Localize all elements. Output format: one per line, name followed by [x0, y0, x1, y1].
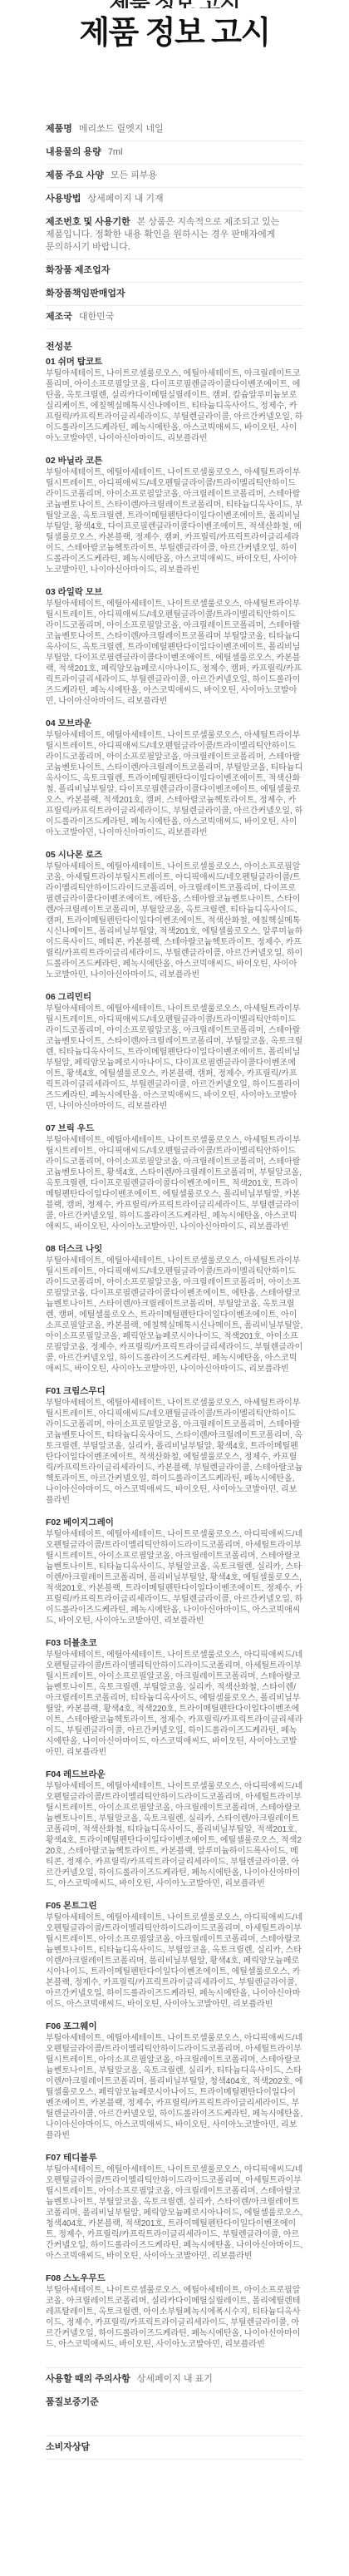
ingredient-color-section: 06 그리민티 부틸아세테이트, 에틸아세테이트, 나이트로셀룰로오스, 아세틸… [46, 991, 303, 1112]
info-label: 제품 주요 사양 [46, 170, 104, 180]
ingredient-color-section: 07 브릭 우드 부틸아세테이트, 에틸아세테이트, 나이트로셀룰로오스, 아세… [46, 1123, 303, 1232]
ingredient-list: 부틸아세테이트, 나이트로셀룰로오스, 에틸아세테이트, 아이소프로필알코올, … [46, 2285, 303, 2350]
ingredient-color-section: F08 스노우무드 부틸아세테이트, 나이트로셀룰로오스, 에틸아세테이트, 아… [46, 2273, 303, 2350]
ingredient-list: 부틸아세테이트, 에틸아세테이트, 나이트로셀룰로오스, 아디픽애씨드/네오펜틸… [46, 1650, 303, 1758]
ingredient-color-section: 02 바닐라 코튼 부틸아세테이트, 에틸아세테이트, 나이트로셀룰로오스, 아… [46, 455, 303, 575]
ingredient-list: 부틸아세테이트, 에틸아세테이트, 나이트로셀룰로오스, 아세틸트라이부틸시트레… [46, 467, 303, 575]
info-value: 대한민국 [79, 312, 115, 322]
info-label: 사용할 때의 주의사항 [46, 2374, 130, 2384]
ingredient-color-section: F01 크림스무디 부틸아세테이트, 에틸아세테이트, 나이트로셀룰로오스, 아… [46, 1385, 303, 1506]
info-row-spec: 제품 주요 사양모든 피부용 [46, 165, 303, 188]
ingredient-color-section: F05 몬트그린 부틸아세테이트, 에틸아세테이트, 나이트로셀룰로오스, 아디… [46, 1900, 303, 2010]
ingredient-list: 부틸아세테이트, 에틸아세테이트, 나이트로셀룰로오스, 아디픽애씨드/네오펜틸… [46, 1529, 303, 1626]
info-row-consumer-contact: 소비자상담 [46, 2436, 303, 2460]
info-row-manufacturer: 화장품 제조업자 [46, 259, 303, 283]
info-label: 제조번호 및 사용기한 [46, 217, 130, 227]
color-name: 05 시나몬 로즈 [46, 849, 303, 861]
info-label: 내용물의 용량 [46, 147, 101, 157]
ingredient-color-section: 08 더스크 나잇 부틸아세테이트, 에틸아세테이트, 나이트로셀룰로오스, 아… [46, 1243, 303, 1374]
color-name: F07 테디블루 [46, 2152, 303, 2164]
ingredient-list: 부틸아세테이트, 에틸아세테이트, 나이트로셀룰로오스, 아세틸트라이부틸시트레… [46, 730, 303, 838]
ingredient-list: 부틸아세테이트, 에틸아세테이트, 나이트로셀룰로오스, 아디픽애씨드/네오펜틸… [46, 1781, 303, 1889]
color-name: F04 레드브라운 [46, 1769, 303, 1780]
footer-info-table: 사용할 때의 주의사항상세페이지 내 표기 품질보증기준 소비자상담 [46, 2368, 303, 2460]
color-name: 01 쉬머 탑코트 [46, 356, 303, 368]
info-value: 7ml [108, 147, 123, 157]
ingredients-heading: 전성분 [46, 339, 303, 353]
color-name: F08 스노우무드 [46, 2273, 303, 2284]
ingredient-list: 부틸아세테이트, 에틸아세테이트, 나이트로셀룰로오스, 아세틸트라이부틸시트레… [46, 1398, 303, 1506]
ingredient-list: 부틸아세테이트, 에틸아세테이트, 나이트로셀룰로오스, 아디픽애씨드/네오펜틸… [46, 1912, 303, 2010]
info-label: 화장품책임판매업자 [46, 289, 125, 299]
info-row-usage: 사용방법상세페이지 내 기재 [46, 188, 303, 211]
ingredient-color-section: F04 레드브라운 부틸아세테이트, 에틸아세테이트, 나이트로셀룰로오스, 아… [46, 1769, 303, 1889]
ingredient-color-section: F06 포그웨이 부틸아세테이트, 에틸아세테이트, 나이트로셀룰로오스, 아디… [46, 2021, 303, 2141]
info-label: 제조국 [46, 312, 72, 322]
info-row-lot-expiry: 제조번호 및 사용기한본 상품은 지속적으로 제조되고 있는 제품입니다. 정확… [46, 211, 303, 259]
info-label: 사용방법 [46, 194, 81, 204]
product-info-page: 제품 정보 고시 제품 정보 고시 제품명메리쏘드 릴엣지 네일 내용물의 용량… [0, 0, 349, 2576]
color-name: F05 몬트그린 [46, 1900, 303, 1912]
info-label: 화장품 제조업자 [46, 265, 110, 275]
info-value: 상세페이지 내 표기 [137, 2374, 213, 2384]
color-name: F01 크림스무디 [46, 1385, 303, 1397]
ingredients-section: 전성분 01 쉬머 탑코트 부틸아세테이트, 나이트로셀룰로오스, 에틸아세테이… [46, 329, 303, 2368]
info-value: 모든 피부용 [111, 170, 157, 180]
info-row-country: 제조국대한민국 [46, 306, 303, 329]
clipped-text-fragment: 제품 정보 고시 [0, 0, 349, 8]
color-name: 07 브릭 우드 [46, 1123, 303, 1134]
ingredient-color-section: 04 모브라운 부틸아세테이트, 에틸아세테이트, 나이트로셀룰로오스, 아세틸… [46, 718, 303, 838]
info-row-distributor: 화장품책임판매업자 [46, 283, 303, 306]
content-area: 제품명메리쏘드 릴엣지 네일 내용물의 용량7ml 제품 주요 사양모든 피부용… [46, 53, 303, 2576]
color-name: F06 포그웨이 [46, 2021, 303, 2032]
ingredient-color-section: 03 라일락 모브 부틸아세테이트, 에틸아세테이트, 나이트로셀룰로오스, 아… [46, 586, 303, 707]
color-name: F03 더블초코 [46, 1637, 303, 1649]
info-row-caution: 사용할 때의 주의사항상세페이지 내 표기 [46, 2368, 303, 2391]
ingredient-list: 부틸아세테이트, 에틸아세테이트, 나이트로셀룰로오스, 아디픽애씨드/네오펜틸… [46, 2033, 303, 2141]
color-name: 03 라일락 모브 [46, 586, 303, 598]
info-row-quality-guarantee: 품질보증기준 [46, 2391, 303, 2436]
ingredient-list: 부틸아세테이트, 에틸아세테이트, 나이트로셀룰로오스, 아이소프로필알코올, … [46, 861, 303, 980]
info-label: 제품명 [46, 124, 72, 134]
ingredient-list: 부틸아세테이트, 에틸아세테이트, 나이트로셀룰로오스, 아세틸트라이부틸시트레… [46, 1004, 303, 1112]
info-row-product-name: 제품명메리쏘드 릴엣지 네일 [46, 118, 303, 141]
ingredient-list: 부틸아세테이트, 에틸아세테이트, 나이트로셀룰로오스, 아세틸트라이부틸시트레… [46, 1256, 303, 1374]
color-name: 06 그리민티 [46, 991, 303, 1003]
bottom-whitespace [46, 2460, 303, 2576]
ingredient-list: 부틸아세테이트, 나이트로셀룰로오스, 에틸아세테이트, 아크릴레이트코폴리머,… [46, 368, 303, 444]
ingredient-list: 부틸아세테이트, 에틸아세테이트, 나이트로셀룰로오스, 아디픽애씨드/네오펜틸… [46, 2164, 303, 2262]
ingredient-color-section: 01 쉬머 탑코트 부틸아세테이트, 나이트로셀룰로오스, 에틸아세테이트, 아… [46, 356, 303, 444]
ingredient-list: 부틸아세테이트, 에틸아세테이트, 나이트로셀룰로오스, 아세틸트라이부틸시트레… [46, 599, 303, 707]
ingredient-color-section: F02 베이지그레이 부틸아세테이트, 에틸아세테이트, 나이트로셀룰로오스, … [46, 1517, 303, 1626]
color-name: 02 바닐라 코튼 [46, 455, 303, 466]
info-label: 품질보증기준 [46, 2397, 99, 2407]
ingredient-color-section: F07 테디블루 부틸아세테이트, 에틸아세테이트, 나이트로셀룰로오스, 아디… [46, 2152, 303, 2262]
color-name: F02 베이지그레이 [46, 1517, 303, 1528]
ingredient-color-section: 05 시나몬 로즈 부틸아세테이트, 에틸아세테이트, 나이트로셀룰로오스, 아… [46, 849, 303, 980]
page-title: 제품 정보 고시 [0, 13, 349, 53]
info-value: 메리쏘드 릴엣지 네일 [79, 124, 164, 134]
info-value: 상세페이지 내 기재 [88, 194, 164, 204]
product-info-table: 제품명메리쏘드 릴엣지 네일 내용물의 용량7ml 제품 주요 사양모든 피부용… [46, 118, 303, 329]
ingredient-list: 부틸아세테이트, 에틸아세테이트, 나이트로셀룰로오스, 아세틸트라이부틸시트레… [46, 1135, 303, 1232]
info-label: 소비자상담 [46, 2442, 90, 2452]
ingredient-color-section: F03 더블초코 부틸아세테이트, 에틸아세테이트, 나이트로셀룰로오스, 아디… [46, 1637, 303, 1758]
info-row-volume: 내용물의 용량7ml [46, 141, 303, 165]
color-name: 08 더스크 나잇 [46, 1243, 303, 1255]
color-name: 04 모브라운 [46, 718, 303, 729]
